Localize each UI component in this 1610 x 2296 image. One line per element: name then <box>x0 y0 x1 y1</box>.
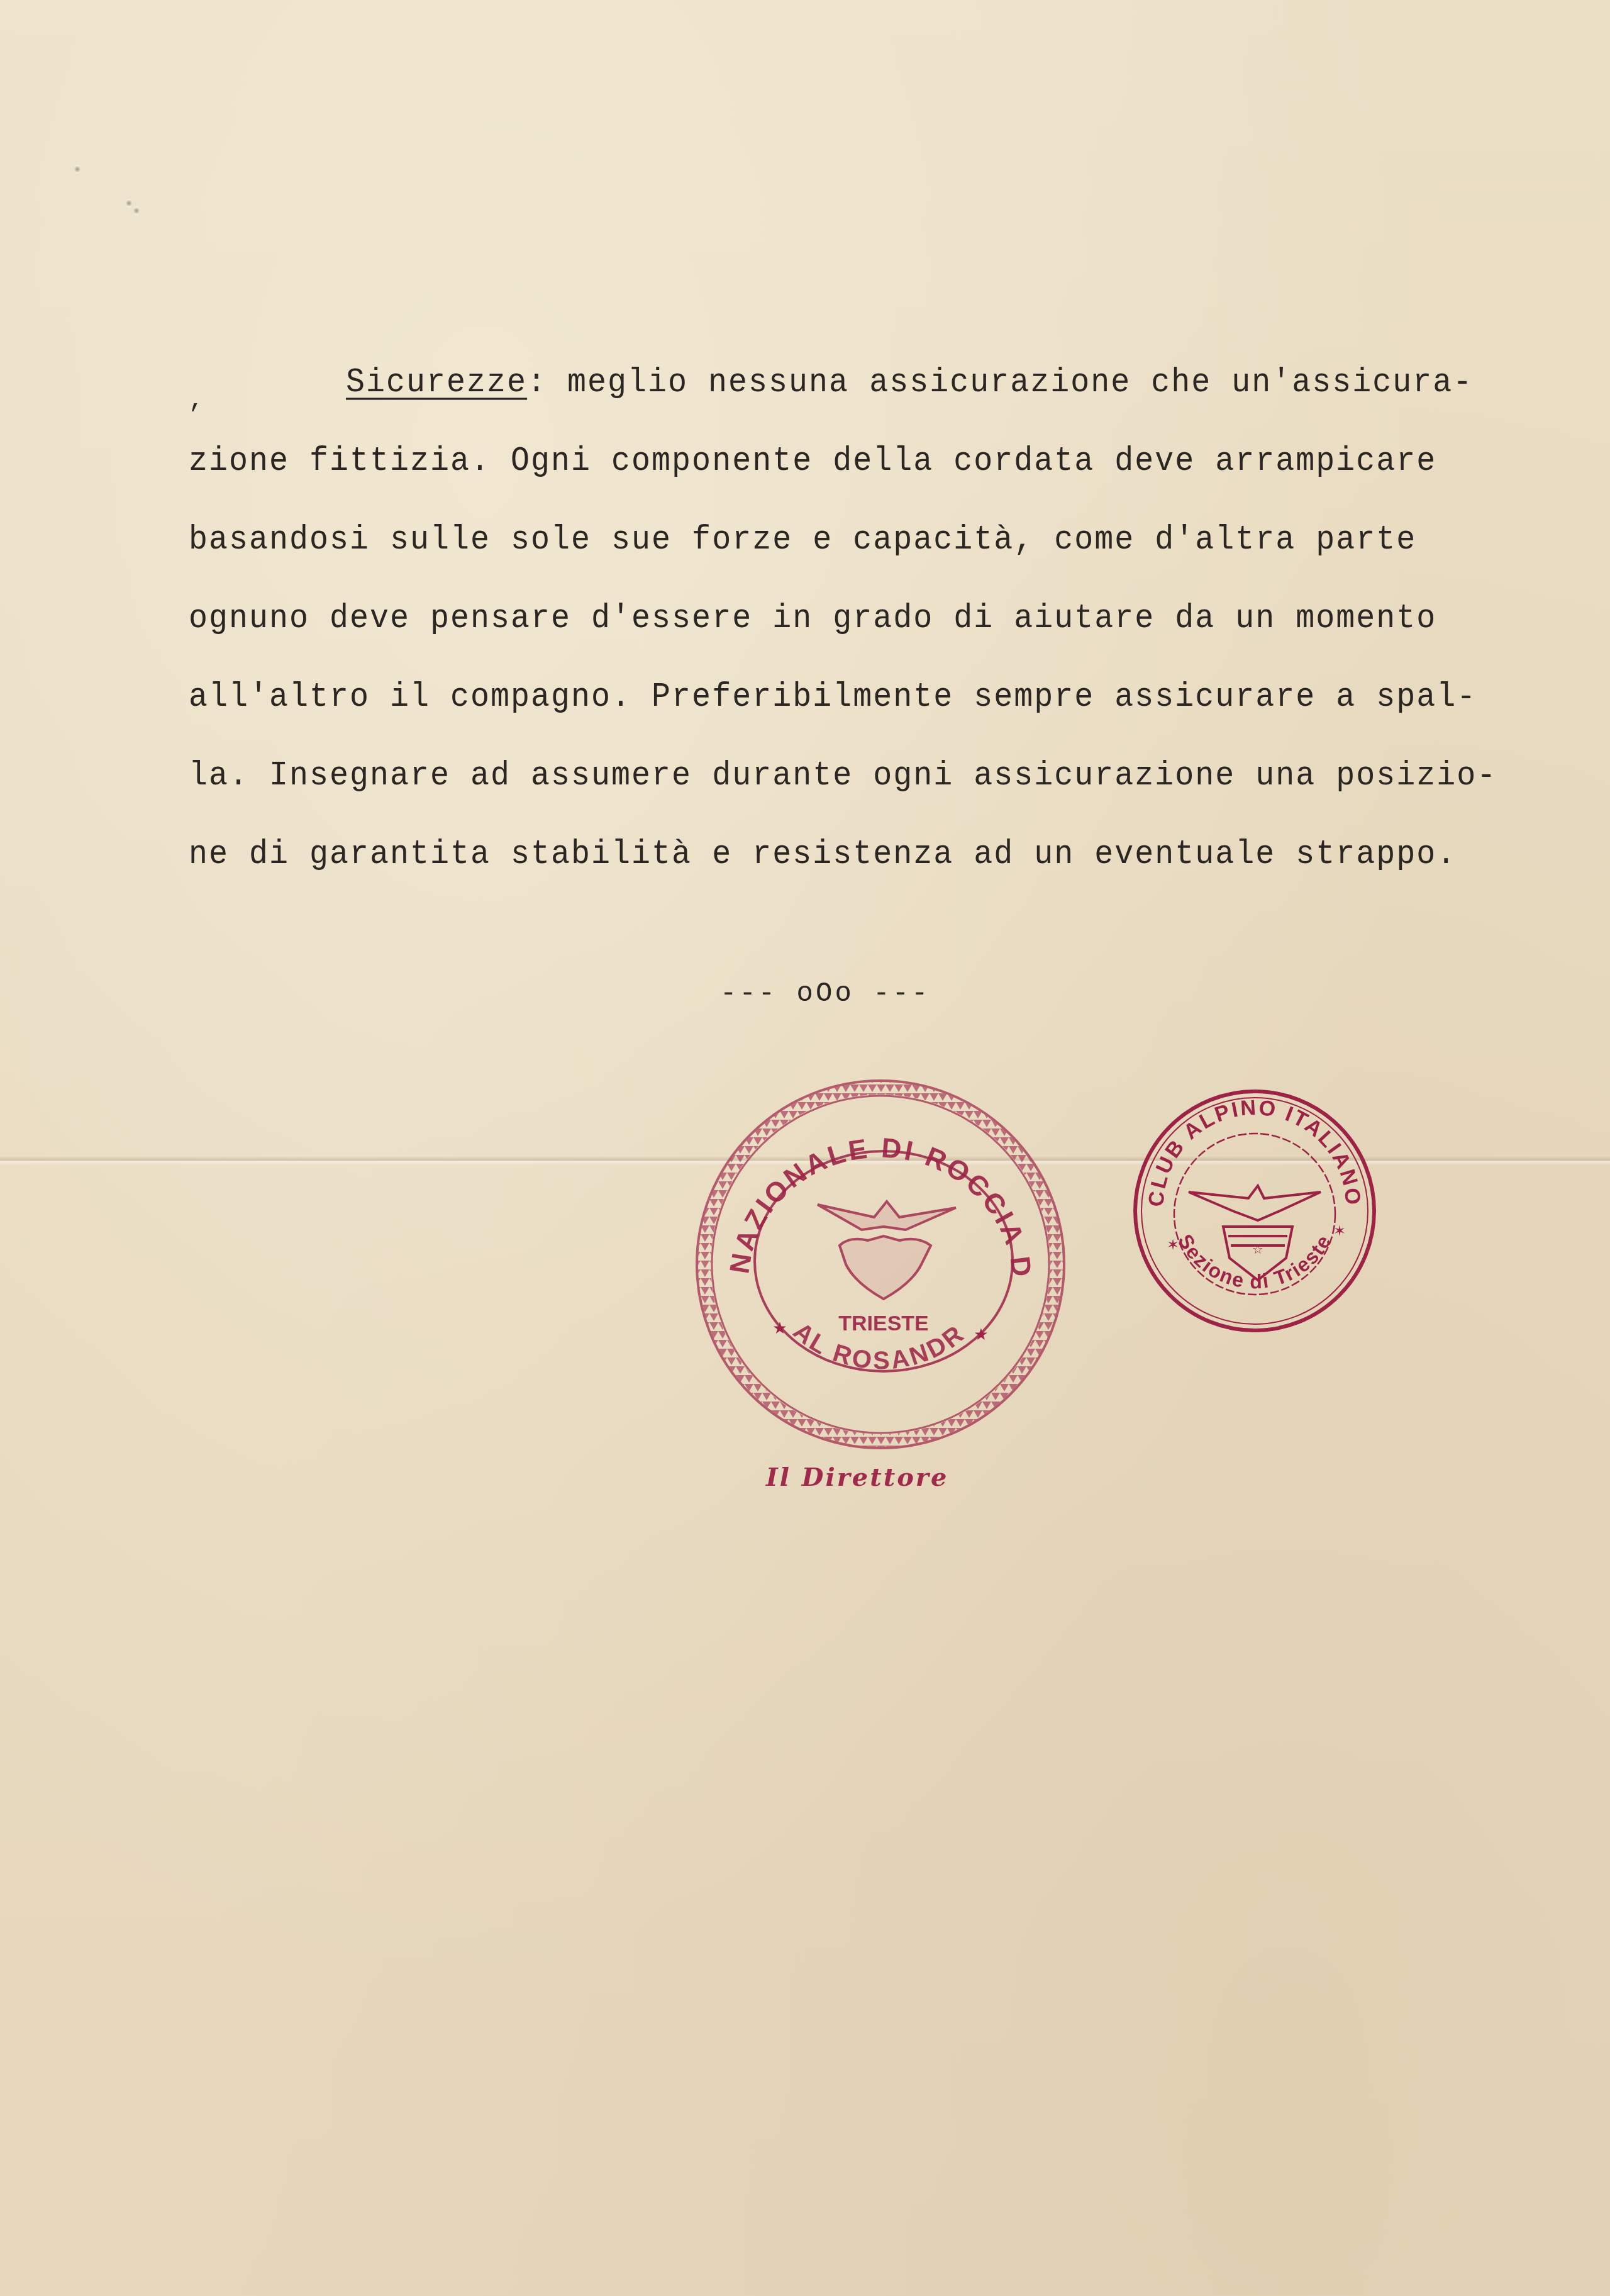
paragraph-line: all'altro il compagno. Preferibilmente s… <box>189 667 1509 752</box>
paragraph-line: ne di garantita stabilità e resistenza a… <box>189 824 1509 909</box>
club-stamp: CLUB ALPINO ITALIANO Sezione di Trieste … <box>1129 1085 1380 1337</box>
star-icon: ✶ <box>1167 1237 1179 1254</box>
punch-mark <box>126 199 132 208</box>
school-stamp-center-text: TRIESTE <box>838 1312 929 1335</box>
eagle-emblem-icon <box>818 1201 956 1299</box>
school-stamp-graphic: SCUOLA NAZIONALE DI ROCCIA DEL C.A.I. VA… <box>692 1076 1069 1453</box>
paragraph-line: basandosi sulle sole sue forze e capacit… <box>189 510 1509 594</box>
section-separator: --- oOo --- <box>720 978 930 1010</box>
typed-paragraph: Sicurezze: meglio nessuna assicurazione … <box>189 352 1509 903</box>
club-stamp-bottom-text: Sezione di Trieste <box>1174 1230 1336 1293</box>
svg-text:Sezione di Trieste: Sezione di Trieste <box>1174 1230 1336 1293</box>
star-icon: ★ <box>974 1325 988 1344</box>
paragraph-line: la. Insegnare ad assumere durante ogni a… <box>189 745 1509 830</box>
star-icon: ✶ <box>1333 1223 1346 1240</box>
line-text: : meglio nessuna assicurazione che un'as… <box>527 363 1473 402</box>
club-stamp-graphic: CLUB ALPINO ITALIANO Sezione di Trieste … <box>1129 1085 1380 1337</box>
paragraph-line: zione fittizia. Ogni componente della co… <box>189 431 1509 516</box>
paragraph-heading: Sicurezze <box>346 363 527 402</box>
punch-mark <box>133 206 140 215</box>
svg-text:☆: ☆ <box>1252 1243 1263 1257</box>
punch-mark <box>74 165 80 174</box>
signature-label: Il Direttore <box>766 1463 948 1492</box>
school-stamp: SCUOLA NAZIONALE DI ROCCIA DEL C.A.I. VA… <box>692 1076 1069 1453</box>
paragraph-line: Sicurezze: meglio nessuna assicurazione … <box>189 352 1509 437</box>
star-icon: ★ <box>772 1318 787 1337</box>
paragraph-line: ognuno deve pensare d'essere in grado di… <box>189 588 1509 673</box>
